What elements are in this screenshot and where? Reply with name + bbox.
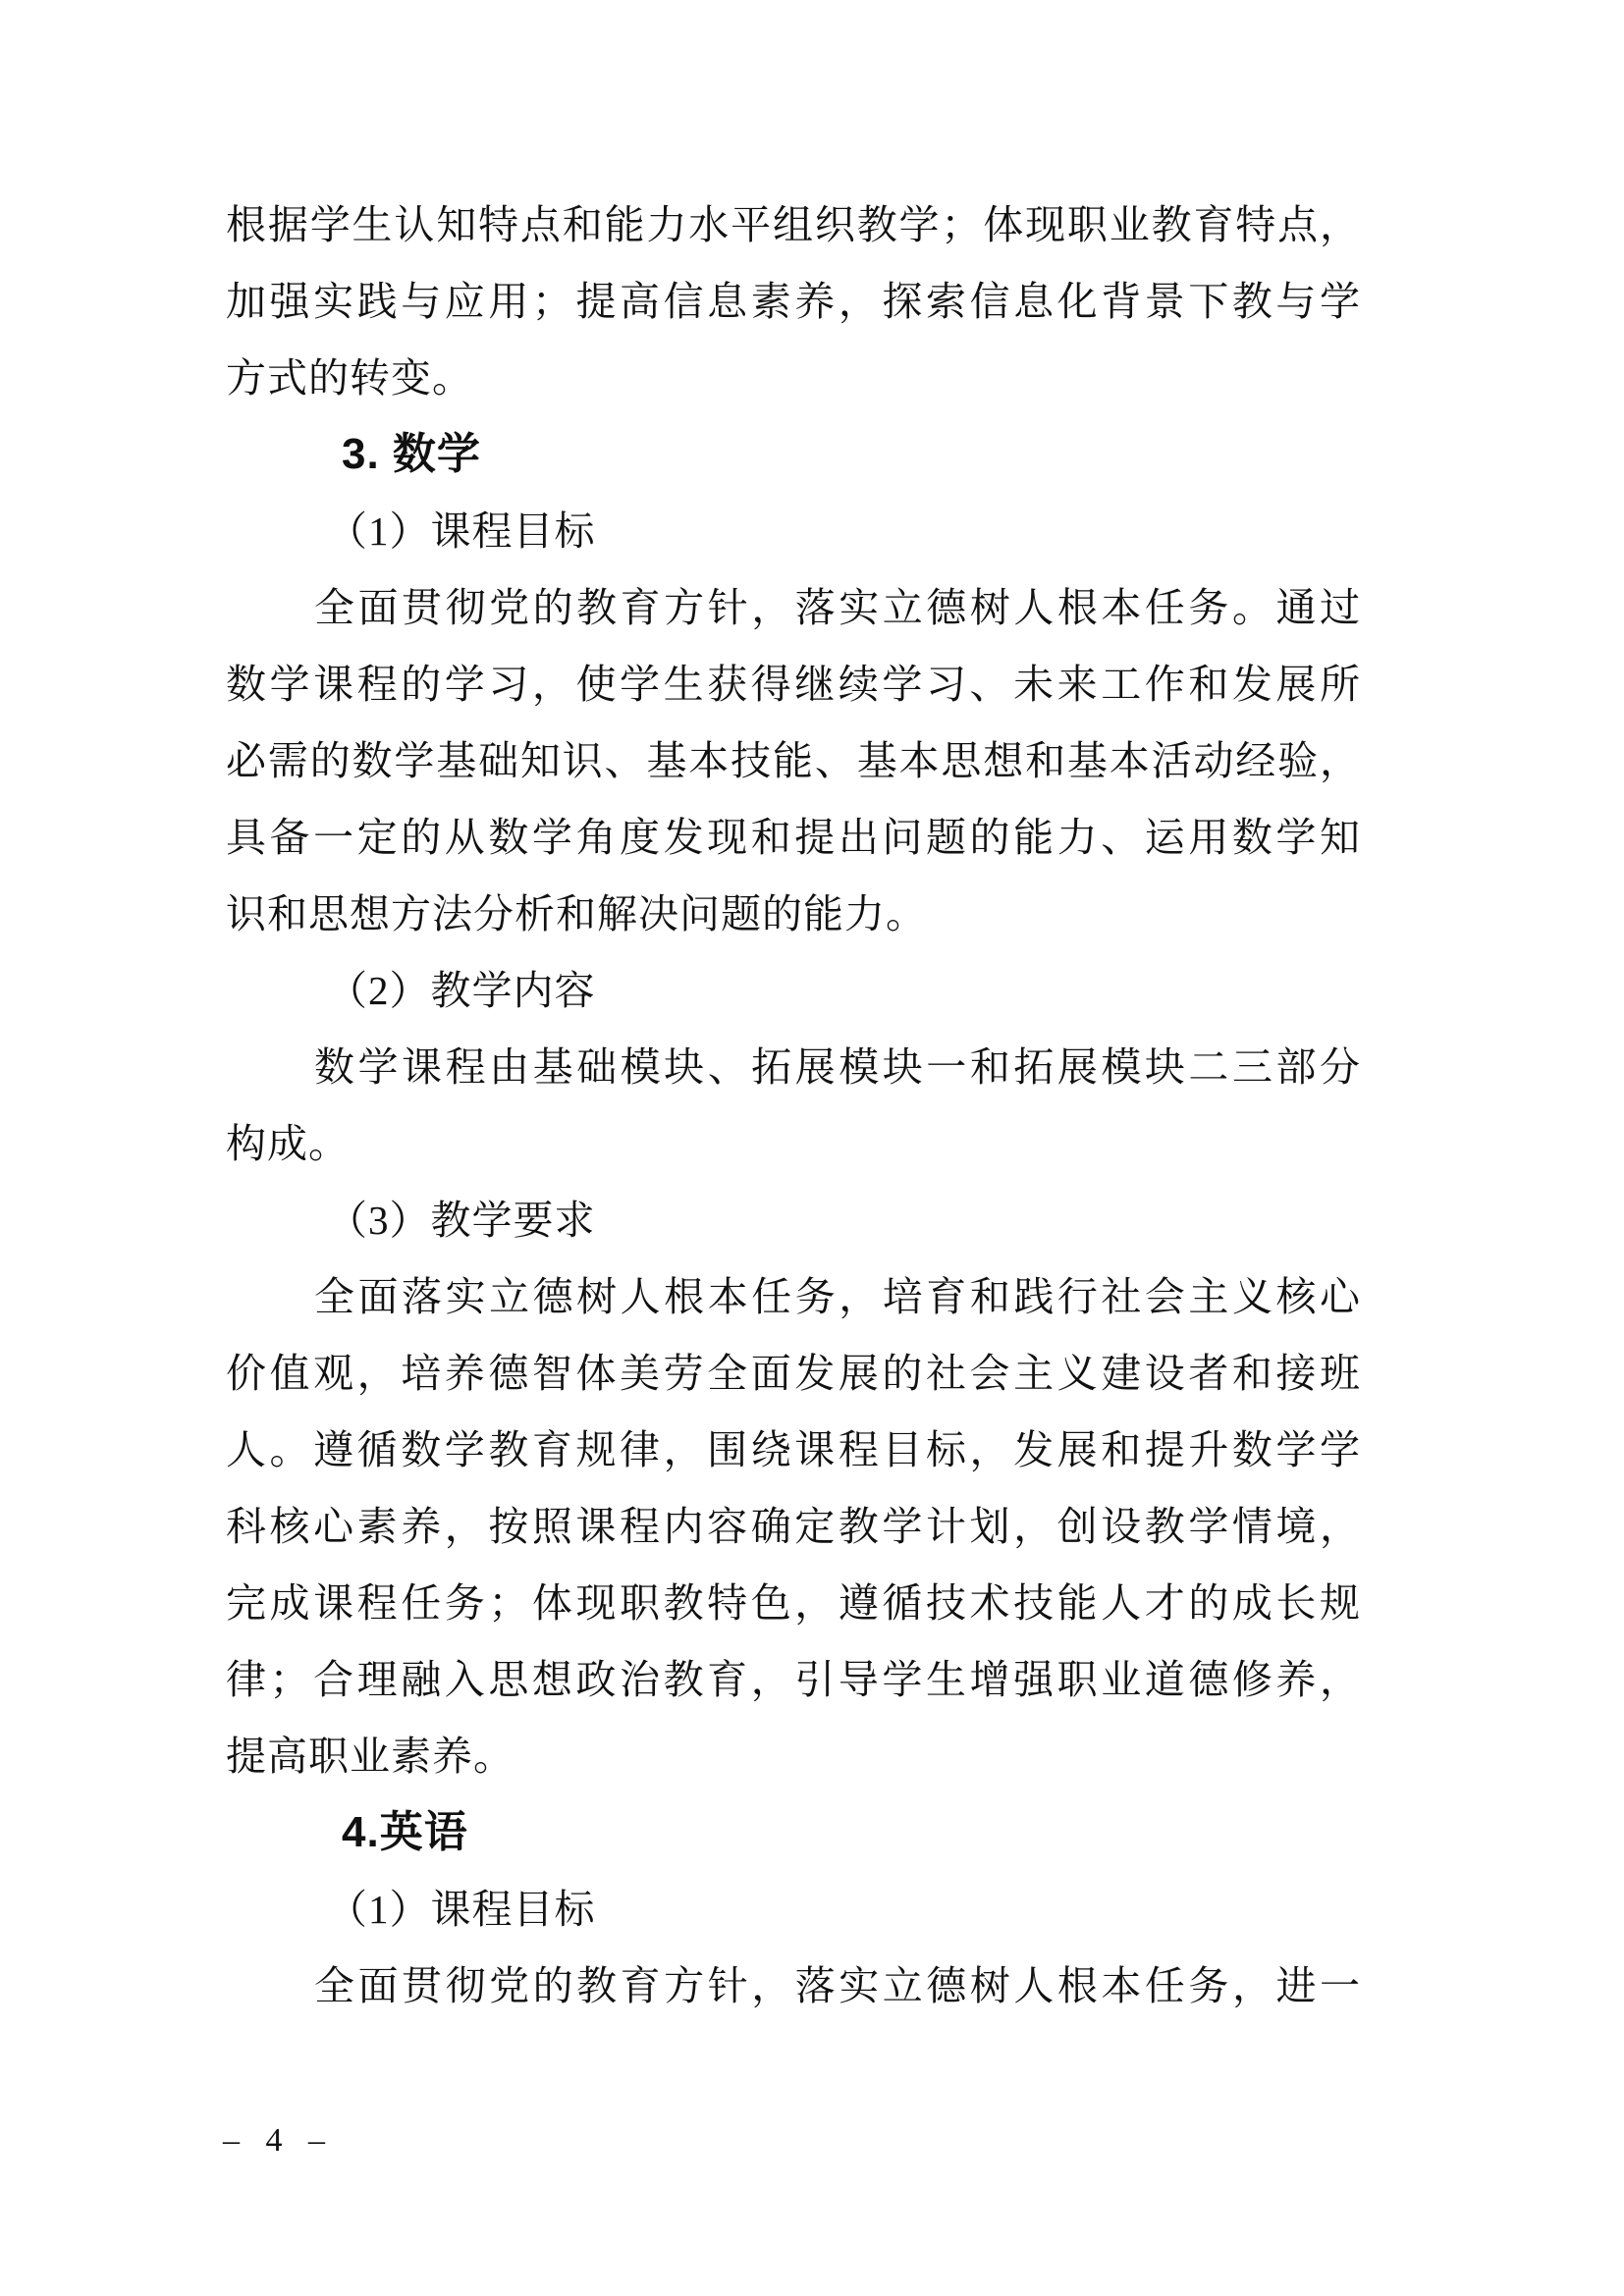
body-line: 科核心素养，按照课程内容确定教学计划，创设教学情境， [226, 1488, 1361, 1565]
body-line: 全面贯彻党的教育方针，落实立德树人根本任务。通过 [226, 569, 1361, 646]
body-line: 必需的数学基础知识、基本技能、基本思想和基本活动经验， [226, 722, 1361, 799]
body-line: 人。遵循数学教育规律，围绕课程目标，发展和提升数学学 [226, 1412, 1361, 1488]
heading-math: 3. 数学 [226, 416, 1361, 493]
body-line: 识和思想方法分析和解决问题的能力。 [226, 876, 1361, 952]
subheading-course-goal-english: （1）课程目标 [226, 1871, 1361, 1948]
body-line: 价值观，培养德智体美劳全面发展的社会主义建设者和接班 [226, 1335, 1361, 1412]
heading-english: 4.英语 [226, 1794, 1361, 1871]
body-line: 加强实践与应用；提高信息素养，探索信息化背景下教与学 [226, 263, 1361, 340]
subheading-teaching-requirements: （3）教学要求 [226, 1182, 1361, 1258]
body-line: 提高职业素养。 [226, 1718, 1361, 1794]
body-line: 构成。 [226, 1105, 1361, 1182]
document-page: 根据学生认知特点和能力水平组织教学；体现职业教育特点，加强实践与应用；提高信息素… [0, 0, 1624, 2296]
subheading-course-goal-math: （1）课程目标 [226, 493, 1361, 569]
body-line: 数学课程的学习，使学生获得继续学习、未来工作和发展所 [226, 646, 1361, 722]
body-line: 完成课程任务；体现职教特色，遵循技术技能人才的成长规 [226, 1565, 1361, 1641]
body-line: 根据学生认知特点和能力水平组织教学；体现职业教育特点， [226, 187, 1361, 263]
body-line: 律；合理融入思想政治教育，引导学生增强职业道德修养， [226, 1641, 1361, 1718]
body-line: 方式的转变。 [226, 340, 1361, 416]
page-number: – 4 – [223, 2116, 334, 2165]
body-line: 全面贯彻党的教育方针，落实立德树人根本任务，进一 [226, 1948, 1361, 2024]
body-line: 全面落实立德树人根本任务，培育和践行社会主义核心 [226, 1258, 1361, 1335]
body-line: 具备一定的从数学角度发现和提出问题的能力、运用数学知 [226, 799, 1361, 876]
body-line: 数学课程由基础模块、拓展模块一和拓展模块二三部分 [226, 1029, 1361, 1105]
subheading-teaching-content: （2）教学内容 [226, 952, 1361, 1029]
document-text: 根据学生认知特点和能力水平组织教学；体现职业教育特点，加强实践与应用；提高信息素… [226, 187, 1361, 2024]
